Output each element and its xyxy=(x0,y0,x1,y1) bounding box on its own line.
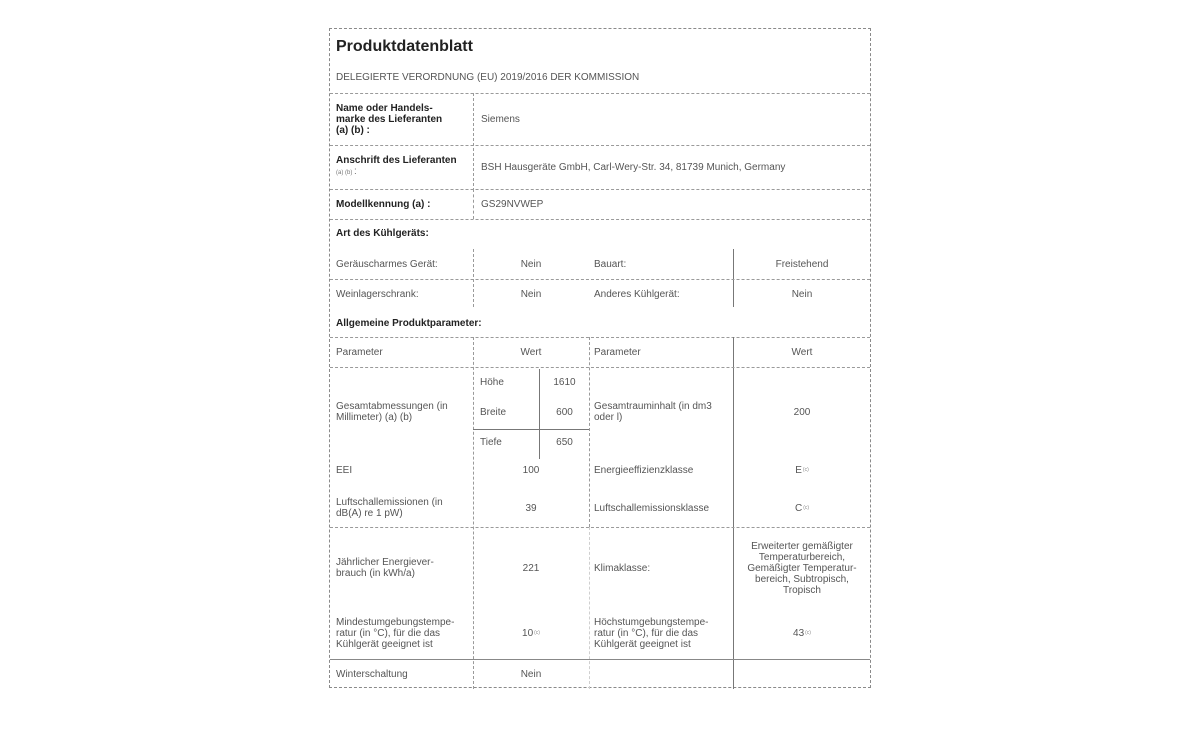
value-line: Gemäßigter Temperatur- xyxy=(747,563,856,574)
label-line: Jährlicher Energiever- xyxy=(336,557,434,568)
dimension-width-label: Breite xyxy=(480,401,536,423)
label-suffix: : xyxy=(354,166,357,177)
footnote-marker: (c) xyxy=(534,628,540,639)
annual-energy-value: 221 xyxy=(475,529,587,607)
noise-class-label: Luftschallemissionsklasse xyxy=(594,491,729,525)
label-line: oder l) xyxy=(594,412,622,423)
energy-class-label: Energieeffizienzklasse xyxy=(594,459,729,481)
other-appliance-label: Anderes Kühlgerät: xyxy=(594,281,729,307)
dimensions-label: Gesamtabmessungen (in Millimeter) (a) (b… xyxy=(336,369,471,455)
noise-class-letter: C xyxy=(795,503,802,514)
design-type-label: Bauart: xyxy=(594,251,729,277)
wine-storage-label: Weinlagerschrank: xyxy=(336,281,471,307)
dimension-depth-value: 650 xyxy=(542,431,587,453)
document-title: Produktdatenblatt xyxy=(336,35,736,57)
supplier-address-value: BSH Hausgeräte GmbH, Carl-Wery-Str. 34, … xyxy=(481,149,866,185)
supplier-name-label: Name oder Handels- marke des Lieferanten… xyxy=(336,97,471,141)
label-line: brauch (in kWh/a) xyxy=(336,568,415,579)
winter-switch-label: Winterschaltung xyxy=(336,661,471,687)
general-parameters-heading: Allgemeine Produktparameter: xyxy=(336,311,736,335)
dimension-depth-label: Tiefe xyxy=(480,431,536,453)
value-line: bereich, Subtropisch, xyxy=(755,574,849,585)
climate-class-value: Erweiterter gemäßigter Temperaturbereich… xyxy=(735,533,869,603)
label-line: Luftschallemissionen (in xyxy=(336,497,443,508)
noise-class-value: C(c) xyxy=(735,491,869,525)
footnote-marker: (a) (b) xyxy=(336,170,352,176)
noise-emission-value: 39 xyxy=(475,491,587,525)
label-line: Millimeter) (a) (b) xyxy=(336,412,412,423)
wine-storage-value: Nein xyxy=(475,281,587,307)
annual-energy-label: Jährlicher Energiever- brauch (in kWh/a) xyxy=(336,529,471,607)
eei-label: EEI xyxy=(336,459,471,481)
label-line: (a) (b) : xyxy=(336,125,370,136)
header-parameter-1: Parameter xyxy=(336,339,471,365)
label-line: Höchstumgebungstempe- xyxy=(594,617,709,628)
dimension-width-value: 600 xyxy=(542,401,587,423)
appliance-type-heading: Art des Kühlgeräts: xyxy=(336,221,736,245)
label-line: Kühlgerät geeignet ist xyxy=(594,639,691,650)
max-ambient-temp-value: 43(c) xyxy=(735,611,869,655)
total-volume-label: Gesamtrauminhalt (in dm3 oder l) xyxy=(594,369,729,455)
product-data-sheet: Produktdatenblatt DELEGIERTE VERORDNUNG … xyxy=(329,28,871,688)
low-noise-value: Nein xyxy=(475,251,587,277)
label-line: ratur (in °C), für die das xyxy=(336,628,440,639)
energy-class-letter: E xyxy=(795,465,802,476)
temp-number: 43 xyxy=(793,628,804,639)
climate-class-label: Klimaklasse: xyxy=(594,529,729,607)
label-line: marke des Lieferanten xyxy=(336,114,442,125)
label-line: ratur (in °C), für die das xyxy=(594,628,698,639)
dimension-height-value: 1610 xyxy=(542,371,587,393)
design-type-value: Freistehend xyxy=(735,251,869,277)
label-line: Anschrift des Lieferanten xyxy=(336,155,457,166)
eei-value: 100 xyxy=(475,459,587,481)
regulation-subtitle: DELEGIERTE VERORDNUNG (EU) 2019/2016 DER… xyxy=(336,69,856,85)
max-ambient-temp-label: Höchstumgebungstempe- ratur (in °C), für… xyxy=(594,611,731,655)
total-volume-value: 200 xyxy=(735,369,869,455)
footnote-marker: (c) xyxy=(805,628,811,639)
label-line: Gesamtabmessungen (in xyxy=(336,401,448,412)
header-parameter-2: Parameter xyxy=(594,339,729,365)
min-ambient-temp-value: 10(c) xyxy=(475,611,587,655)
other-appliance-value: Nein xyxy=(735,281,869,307)
label-line: dB(A) re 1 pW) xyxy=(336,508,403,519)
dimension-height-label: Höhe xyxy=(480,371,536,393)
label-line: Name oder Handels- xyxy=(336,103,433,114)
supplier-name-value: Siemens xyxy=(481,97,861,141)
value-line: Temperaturbereich, xyxy=(759,552,845,563)
header-value-2: Wert xyxy=(735,339,869,365)
value-line: Tropisch xyxy=(783,585,821,596)
footnote-marker: (c) xyxy=(803,465,809,476)
min-ambient-temp-label: Mindestumgebungstempe- ratur (in °C), fü… xyxy=(336,611,473,655)
winter-switch-value: Nein xyxy=(475,661,587,687)
supplier-address-label: Anschrift des Lieferanten (a) (b) : xyxy=(336,149,473,185)
temp-number: 10 xyxy=(522,628,533,639)
model-id-value: GS29NVWEP xyxy=(481,191,861,217)
energy-class-value: E(c) xyxy=(735,459,869,481)
footnote-marker: (c) xyxy=(803,503,809,514)
header-value-1: Wert xyxy=(475,339,587,365)
label-line: Mindestumgebungstempe- xyxy=(336,617,454,628)
label-line: Gesamtrauminhalt (in dm3 xyxy=(594,401,712,412)
label-line: Kühlgerät geeignet ist xyxy=(336,639,433,650)
low-noise-label: Geräuscharmes Gerät: xyxy=(336,251,471,277)
value-line: Erweiterter gemäßigter xyxy=(751,541,853,552)
noise-emission-label: Luftschallemissionen (in dB(A) re 1 pW) xyxy=(336,491,471,525)
model-id-label: Modellkennung (a) : xyxy=(336,191,473,217)
